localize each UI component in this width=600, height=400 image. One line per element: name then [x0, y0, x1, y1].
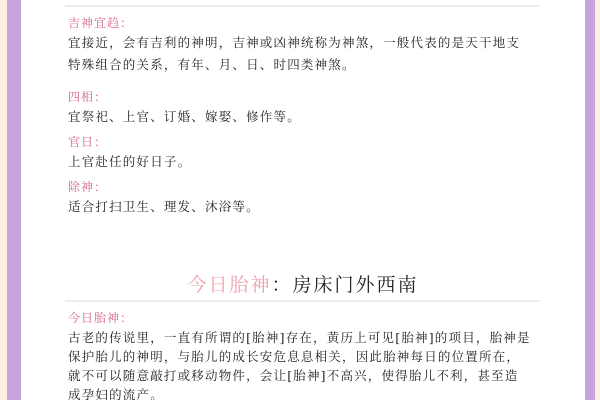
section-text-jishen-line2: 特殊组合的关系，有年、月、日、时四类神煞。 [68, 55, 356, 75]
section-divider [65, 300, 540, 302]
taishen-section-label: 今日胎神： [68, 309, 133, 326]
right-purple-border [585, 0, 595, 400]
section-text-jishen-line1: 宜接近，会有吉利的神明，吉神或凶神统称为神煞，一般代表的是天干地支 [68, 33, 520, 53]
taishen-heading-value: ：房床门外西南 [272, 274, 419, 296]
right-edge-strip [595, 0, 600, 400]
taishen-text-line1: 古老的传说里，一直有所谓的[胎神]存在，黄历上可见[胎神]的项目，胎神是 [68, 328, 531, 347]
taishen-text-line4: 成孕妇的流产。 [68, 385, 164, 400]
left-edge-strip [0, 0, 7, 400]
section-label-chushen: 除神： [68, 178, 107, 195]
top-divider [65, 5, 540, 7]
section-label-sixiang: 四相： [68, 88, 107, 105]
taishen-text-line2: 保护胎儿的神明，与胎儿的成长安危息息相关，因此胎神每日的位置所在， [68, 347, 520, 366]
content-panel: 吉神宜趋： 宜接近，会有吉利的神明，吉神或凶神统称为神煞，一般代表的是天干地支 … [21, 0, 585, 400]
section-label-jishen: 吉神宜趋： [68, 14, 133, 31]
taishen-heading: 今日胎神：房床门外西南 [21, 270, 585, 297]
taishen-heading-label: 今日胎神 [187, 274, 271, 296]
taishen-text-line3: 就不可以随意敲打或移动物件，会让[胎神]不高兴，使得胎儿不利，甚至造 [68, 366, 519, 385]
section-text-chushen: 适合打扫卫生、理发、沐浴等。 [68, 197, 260, 217]
left-purple-border [7, 0, 21, 400]
section-text-sixiang: 宜祭祀、上官、订婚、嫁娶、修作等。 [68, 107, 301, 127]
section-label-guanri: 官日： [68, 133, 107, 150]
section-text-guanri: 上官赴任的好日子。 [68, 152, 191, 172]
